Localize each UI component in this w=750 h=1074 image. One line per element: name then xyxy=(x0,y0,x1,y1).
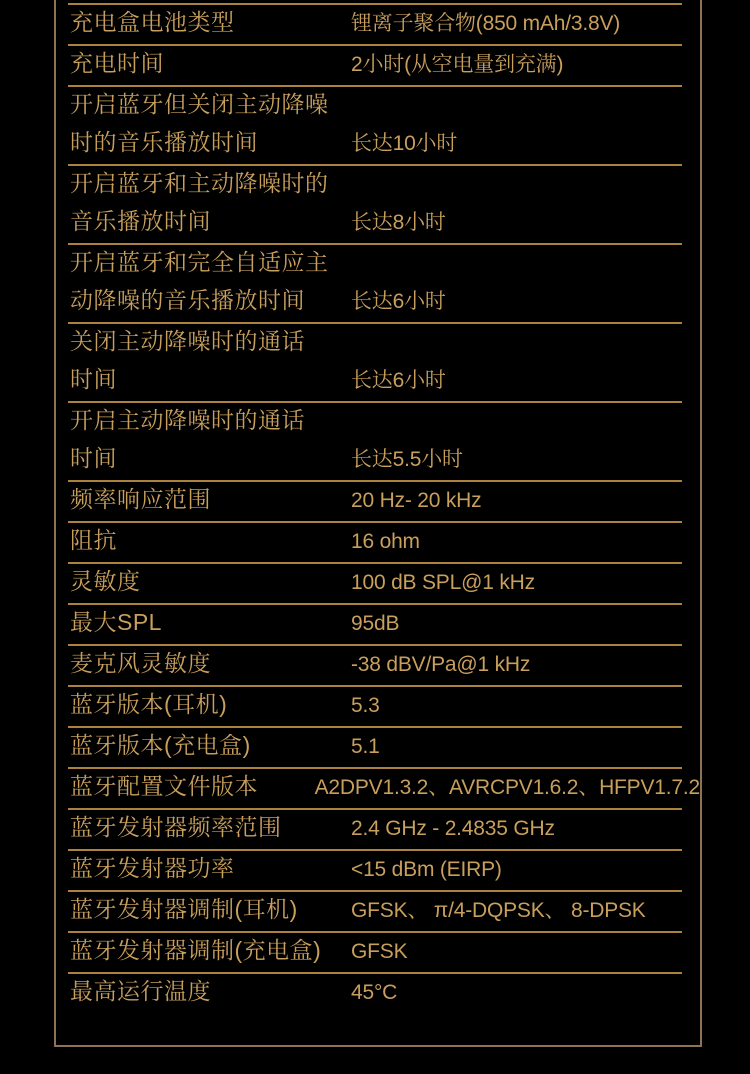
spec-label: 蓝牙版本(耳机) xyxy=(56,685,351,726)
spec-label: 开启蓝牙和主动降噪时的音乐播放时间 xyxy=(56,164,351,243)
spec-value: 5.1 xyxy=(351,728,700,767)
spec-label-line: 频率响应范围 xyxy=(70,480,351,518)
spec-table-body: 充电盒电池类型 锂离子聚合物(850 mAh/3.8V) 充电时间 2小时(从空… xyxy=(56,3,700,1013)
spec-value: 长达6小时 xyxy=(351,362,700,401)
spec-value: 100 dB SPL@1 kHz xyxy=(351,564,700,603)
spec-value: GFSK、 π/4-DQPSK、 8-DPSK xyxy=(351,892,700,931)
spec-row: 阻抗 16 ohm xyxy=(56,523,700,562)
spec-row: 开启蓝牙但关闭主动降噪时的音乐播放时间 长达10小时 xyxy=(56,87,700,164)
spec-label: 蓝牙发射器调制(耳机) xyxy=(56,890,351,931)
spec-label: 开启蓝牙和完全自适应主动降噪的音乐播放时间 xyxy=(56,243,351,322)
spec-label: 灵敏度 xyxy=(56,562,351,603)
spec-label-line: 最大SPL xyxy=(70,603,351,641)
spec-label: 频率响应范围 xyxy=(56,480,351,521)
spec-label-line: 时间 xyxy=(70,439,351,477)
spec-row: 开启蓝牙和主动降噪时的音乐播放时间 长达8小时 xyxy=(56,166,700,243)
spec-value: 2小时(从空电量到充满) xyxy=(351,46,700,85)
spec-value: 长达8小时 xyxy=(351,204,700,243)
spec-label: 蓝牙发射器功率 xyxy=(56,849,351,890)
spec-value: -38 dBV/Pa@1 kHz xyxy=(351,646,700,685)
spec-label-line: 音乐播放时间 xyxy=(70,202,351,240)
spec-value: 长达5.5小时 xyxy=(351,441,700,480)
spec-row: 蓝牙发射器调制(耳机) GFSK、 π/4-DQPSK、 8-DPSK xyxy=(56,892,700,931)
spec-row: 蓝牙发射器频率范围 2.4 GHz - 2.4835 GHz xyxy=(56,810,700,849)
spec-value: 95dB xyxy=(351,605,700,644)
spec-label: 最高运行温度 xyxy=(56,972,351,1013)
spec-label-line: 时的音乐播放时间 xyxy=(70,123,351,161)
spec-value: 2.4 GHz - 2.4835 GHz xyxy=(351,810,700,849)
spec-label-line: 蓝牙配置文件版本 xyxy=(70,767,315,805)
spec-label: 关闭主动降噪时的通话时间 xyxy=(56,322,351,401)
spec-row: 最高运行温度 45°C xyxy=(56,974,700,1013)
spec-table: 充电盒电池类型 锂离子聚合物(850 mAh/3.8V) 充电时间 2小时(从空… xyxy=(54,0,702,1047)
spec-label: 充电盒电池类型 xyxy=(56,3,351,44)
spec-label: 阻抗 xyxy=(56,521,351,562)
spec-label-line: 充电时间 xyxy=(70,44,351,82)
spec-row: 灵敏度 100 dB SPL@1 kHz xyxy=(56,564,700,603)
spec-value: 长达10小时 xyxy=(351,125,700,164)
spec-label-line: 蓝牙发射器功率 xyxy=(70,849,351,887)
spec-label-line: 阻抗 xyxy=(70,521,351,559)
spec-value: <15 dBm (EIRP) xyxy=(351,851,700,890)
spec-value: 长达6小时 xyxy=(351,283,700,322)
spec-row: 蓝牙配置文件版本 A2DPV1.3.2、AVRCPV1.6.2、HFPV1.7.… xyxy=(56,769,700,808)
spec-label-line: 蓝牙版本(充电盒) xyxy=(70,726,351,764)
spec-label: 最大SPL xyxy=(56,603,351,644)
spec-row: 关闭主动降噪时的通话时间 长达6小时 xyxy=(56,324,700,401)
spec-label: 蓝牙发射器调制(充电盒) xyxy=(56,931,351,972)
spec-label: 开启主动降噪时的通话时间 xyxy=(56,401,351,480)
spec-label-line: 开启主动降噪时的通话 xyxy=(70,401,351,439)
spec-label: 蓝牙发射器频率范围 xyxy=(56,808,351,849)
spec-label: 开启蓝牙但关闭主动降噪时的音乐播放时间 xyxy=(56,85,351,164)
spec-label: 蓝牙版本(充电盒) xyxy=(56,726,351,767)
spec-value: 5.3 xyxy=(351,687,700,726)
spec-row: 充电盒电池类型 锂离子聚合物(850 mAh/3.8V) xyxy=(56,5,700,44)
spec-label-line: 蓝牙发射器频率范围 xyxy=(70,808,351,846)
spec-label-line: 蓝牙发射器调制(耳机) xyxy=(70,890,351,928)
spec-row: 充电时间 2小时(从空电量到充满) xyxy=(56,46,700,85)
spec-row: 麦克风灵敏度 -38 dBV/Pa@1 kHz xyxy=(56,646,700,685)
spec-value: 45°C xyxy=(351,974,700,1013)
spec-label-line: 关闭主动降噪时的通话 xyxy=(70,322,351,360)
spec-label-line: 时间 xyxy=(70,360,351,398)
spec-row: 蓝牙版本(耳机) 5.3 xyxy=(56,687,700,726)
spec-row: 蓝牙版本(充电盒) 5.1 xyxy=(56,728,700,767)
spec-value: 20 Hz- 20 kHz xyxy=(351,482,700,521)
spec-label: 蓝牙配置文件版本 xyxy=(56,767,315,808)
spec-row: 频率响应范围 20 Hz- 20 kHz xyxy=(56,482,700,521)
spec-label-line: 蓝牙发射器调制(充电盒) xyxy=(70,931,351,969)
spec-row: 蓝牙发射器调制(充电盒) GFSK xyxy=(56,933,700,972)
spec-label-line: 开启蓝牙但关闭主动降噪 xyxy=(70,85,351,123)
spec-row: 蓝牙发射器功率 <15 dBm (EIRP) xyxy=(56,851,700,890)
spec-label-line: 蓝牙版本(耳机) xyxy=(70,685,351,723)
spec-value: GFSK xyxy=(351,933,700,972)
spec-label-line: 灵敏度 xyxy=(70,562,351,600)
spec-label-line: 麦克风灵敏度 xyxy=(70,644,351,682)
spec-label-line: 开启蓝牙和主动降噪时的 xyxy=(70,164,351,202)
spec-label-line: 充电盒电池类型 xyxy=(70,3,351,41)
spec-label-line: 动降噪的音乐播放时间 xyxy=(70,281,351,319)
spec-value: 16 ohm xyxy=(351,523,700,562)
spec-row: 开启蓝牙和完全自适应主动降噪的音乐播放时间 长达6小时 xyxy=(56,245,700,322)
spec-row: 最大SPL 95dB xyxy=(56,605,700,644)
spec-label: 麦克风灵敏度 xyxy=(56,644,351,685)
spec-row: 开启主动降噪时的通话时间 长达5.5小时 xyxy=(56,403,700,480)
spec-label: 充电时间 xyxy=(56,44,351,85)
spec-value: A2DPV1.3.2、AVRCPV1.6.2、HFPV1.7.2 xyxy=(315,769,700,808)
spec-label-line: 开启蓝牙和完全自适应主 xyxy=(70,243,351,281)
spec-label-line: 最高运行温度 xyxy=(70,972,351,1010)
spec-value: 锂离子聚合物(850 mAh/3.8V) xyxy=(351,5,700,44)
